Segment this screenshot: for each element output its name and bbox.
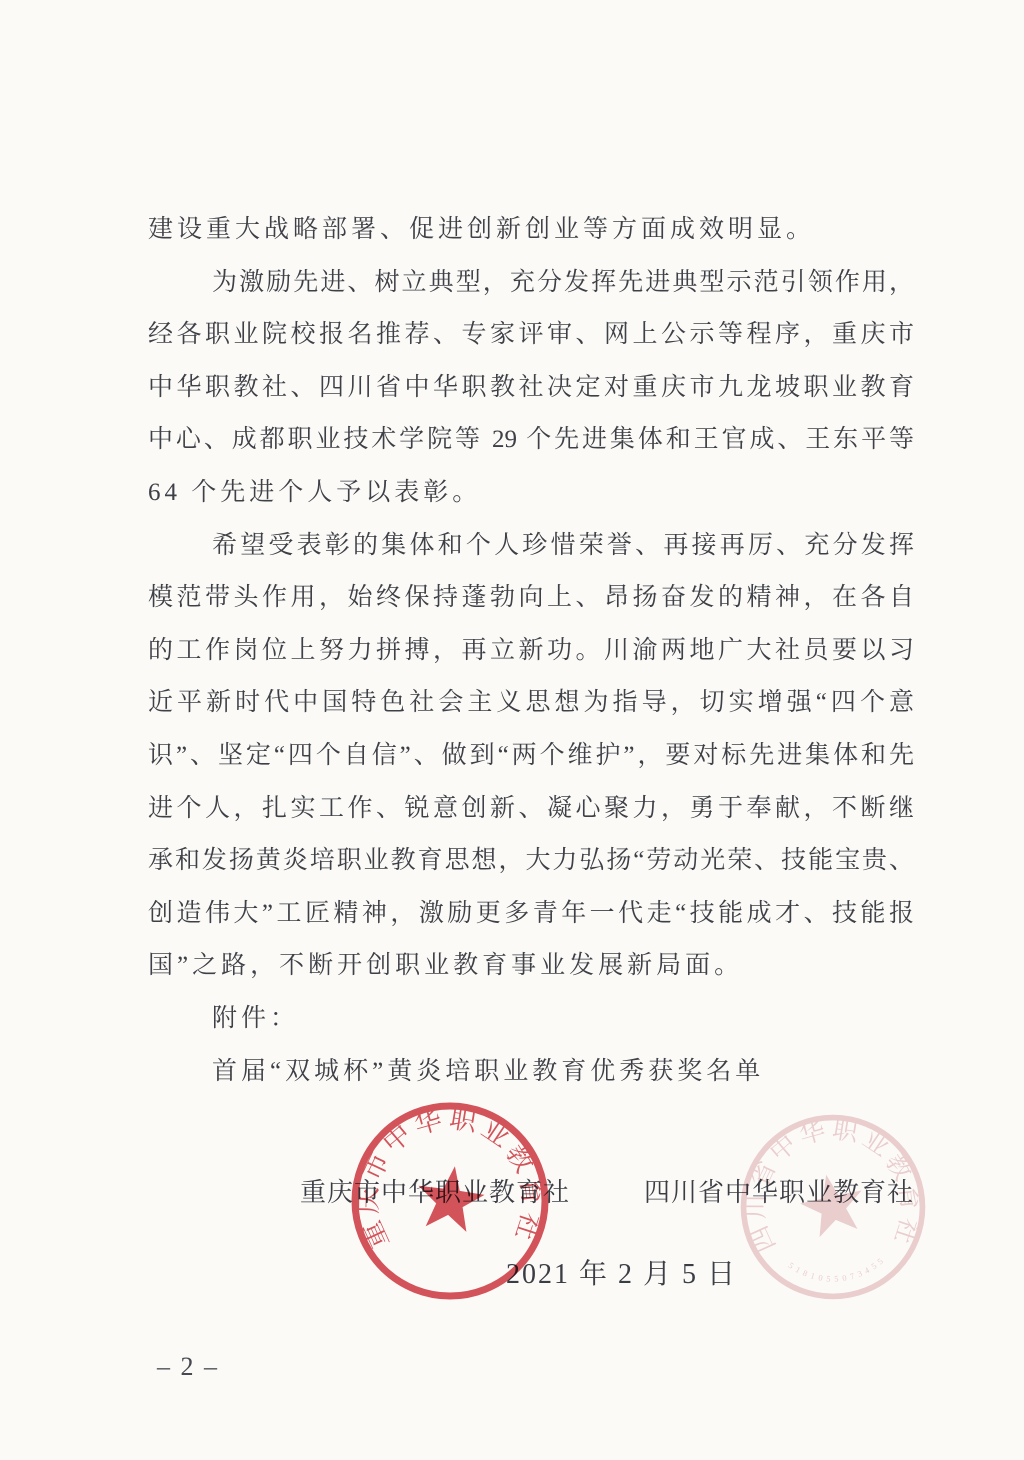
- star-icon: [795, 1168, 869, 1239]
- attachment-title: 首届“双城杯”黄炎培职业教育优秀获奖名单: [148, 1046, 914, 1099]
- attachment-label: 附件：: [148, 993, 914, 1046]
- page-number: – 2 –: [157, 1352, 219, 1382]
- letter-body: 建设重大战略部署、促进创新创业等方面成效明显。 为激励先进、树立典型，充分发挥先…: [148, 204, 914, 1098]
- text-line: 的工作岗位上努力拼搏，再立新功。川渝两地广大社员要以习: [148, 625, 914, 678]
- text-line: 为激励先进、树立典型，充分发挥先进典型示范引领作用，: [148, 257, 914, 310]
- star-icon: [419, 1166, 485, 1232]
- seal-ring-text: 四川省中华职业教育社: [742, 1115, 924, 1256]
- text-line: 承和发扬黄炎培职业教育思想，大力弘扬“劳动光荣、技能宝贵、: [148, 835, 914, 888]
- text-line: 经各职业院校报名推荐、专家评审、网上公示等程序，重庆市: [148, 309, 914, 362]
- document-page: 建设重大战略部署、促进创新创业等方面成效明显。 为激励先进、树立典型，充分发挥先…: [0, 0, 1024, 1460]
- text-line: 识”、坚定“四个自信”、做到“两个维护”，要对标先进集体和先: [148, 730, 914, 783]
- text-line: 近平新时代中国特色社会主义思想为指导，切实增强“四个意: [148, 677, 914, 730]
- seal-chongqing: 重庆市中华职业教育社: [347, 1098, 553, 1304]
- text-line: 中心、成都职业技术学院等 29 个先进集体和王官成、王东平等: [148, 414, 914, 467]
- text-line: 中华职教社、四川省中华职教社决定对重庆市九龙坡职业教育: [148, 362, 914, 415]
- text-line: 建设重大战略部署、促进创新创业等方面成效明显。: [148, 204, 914, 257]
- seal-sichuan: 四川省中华职业教育社 5181055073455: [736, 1110, 930, 1304]
- text-line: 创造伟大”工匠精神，激励更多青年一代走“技能成才、技能报: [148, 888, 914, 941]
- text-line: 进个人，扎实工作、锐意创新、凝心聚力，勇于奉献，不断继: [148, 783, 914, 836]
- text-line: 国”之路，不断开创职业教育事业发展新局面。: [148, 940, 914, 993]
- text-line: 64 个先进个人予以表彰。: [148, 467, 914, 520]
- text-line: 模范带头作用，始终保持蓬勃向上、昂扬奋发的精神，在各自: [148, 572, 914, 625]
- text-line: 希望受表彰的集体和个人珍惜荣誉、再接再厉、充分发挥: [148, 520, 914, 573]
- seal-serial: 5181055073455: [787, 1256, 885, 1284]
